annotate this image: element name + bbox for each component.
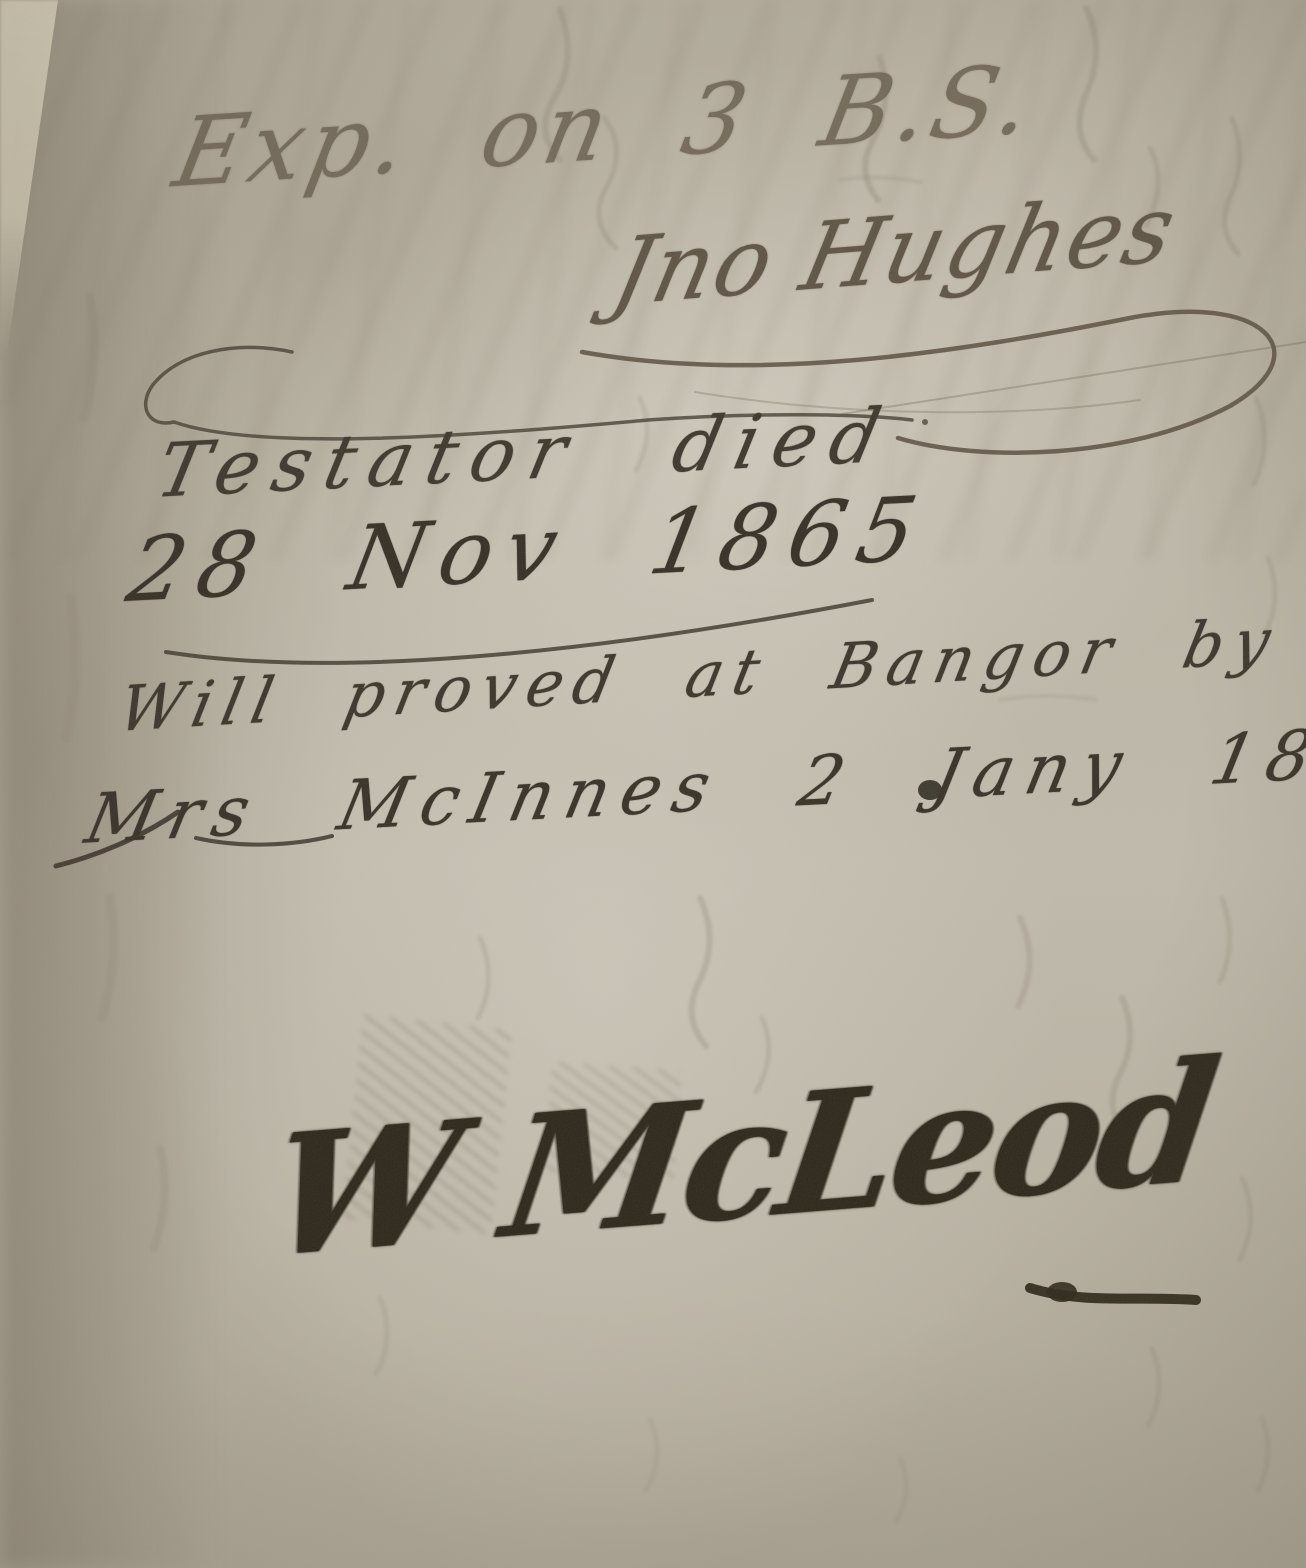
manuscript-page-photo: Exp. on 3 B.S. Jno Hughes Testator died … [0,0,1306,1568]
photo-vignette [0,0,1306,1568]
